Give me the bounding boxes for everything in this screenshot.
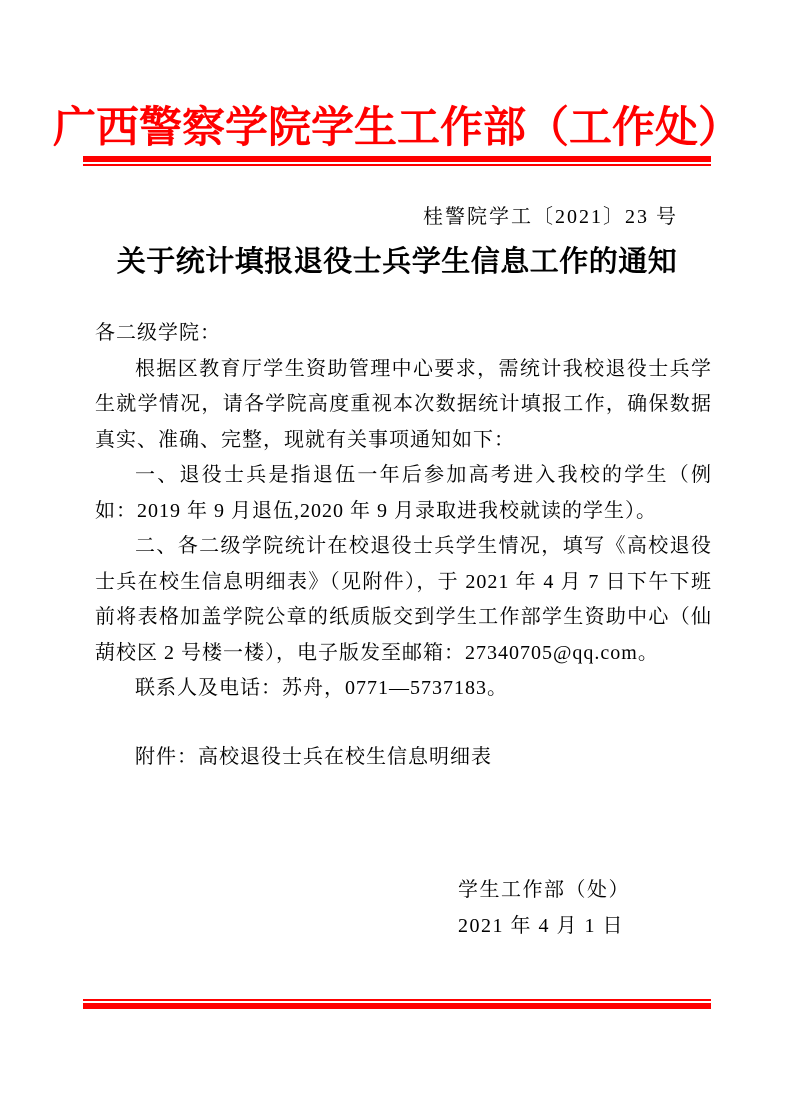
signature-date: 2021 年 4 月 1 日: [458, 908, 630, 944]
paragraph-item-1: 一、退役士兵是指退伍一年后参加高考进入我校的学生（例如：2019 年 9 月退伍…: [95, 458, 712, 529]
salutation: 各二级学院：: [95, 316, 712, 352]
signature-block: 学生工作部（处） 2021 年 4 月 1 日: [458, 872, 630, 944]
attachment-line: 附件：高校退役士兵在校生信息明细表: [95, 740, 712, 776]
document-title: 关于统计填报退役士兵学生信息工作的通知: [0, 239, 794, 280]
header-divider-thick-line: [83, 156, 711, 162]
header-divider-thin-line: [83, 164, 711, 166]
signature-department: 学生工作部（处）: [458, 872, 630, 908]
footer-divider-thick-line: [83, 1003, 711, 1009]
paragraph-item-2: 二、各二级学院统计在校退役士兵学生情况，填写《高校退役士兵在校生信息明细表》（见…: [95, 529, 712, 671]
footer-divider-thin-line: [83, 999, 711, 1001]
document-page: 广西警察学院学生工作部（工作处） 桂警院学工〔2021〕23 号 关于统计填报退…: [0, 0, 794, 1108]
paragraph-intro: 根据区教育厅学生资助管理中心要求，需统计我校退役士兵学生就学情况，请各学院高度重…: [95, 352, 712, 459]
document-body: 各二级学院： 根据区教育厅学生资助管理中心要求，需统计我校退役士兵学生就学情况，…: [95, 316, 712, 775]
paragraph-contact: 联系人及电话：苏舟，0771—5737183。: [95, 671, 712, 707]
document-number: 桂警院学工〔2021〕23 号: [423, 200, 678, 229]
masthead-title: 广西警察学院学生工作部（工作处）: [0, 94, 794, 155]
